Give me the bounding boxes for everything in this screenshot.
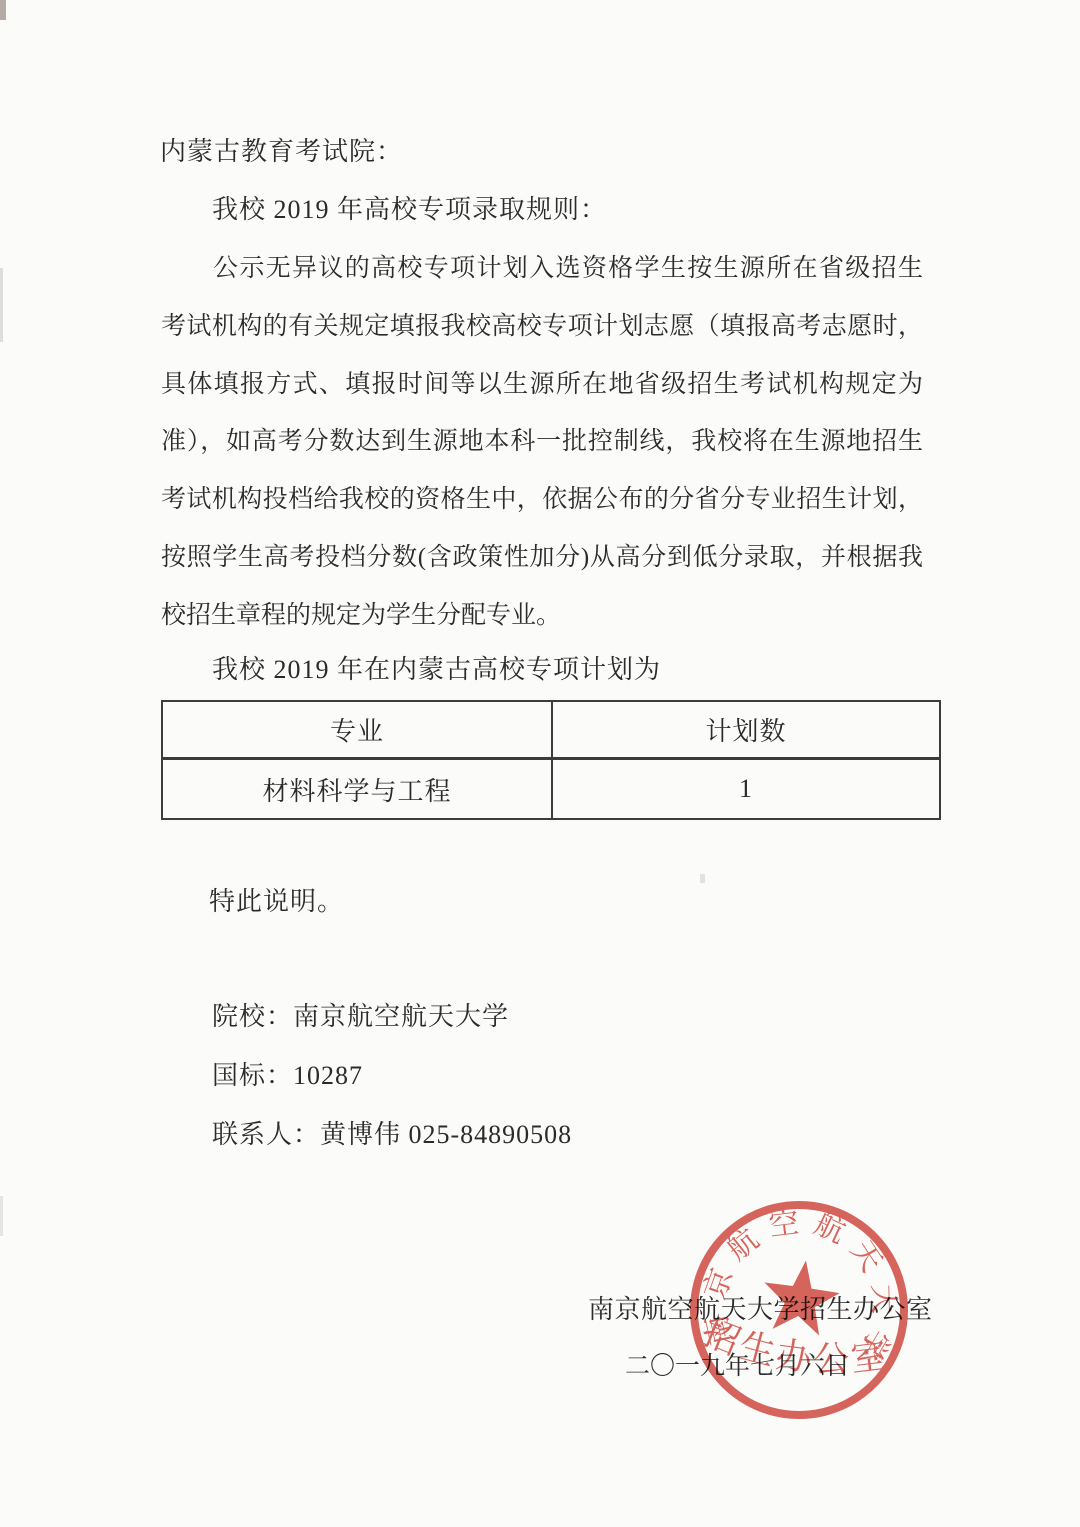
body-line: 准），如高考分数达到生源地本科一批控制线，我校将在生源地招生 [161,413,923,471]
table-header-row: 专业 计划数 [162,701,940,759]
closing-line: 特此说明。 [209,886,344,919]
contact-line: 联系人：黄博伟 025-84890508 [212,1105,812,1164]
body-line: 考试机构投档给我校的资格生中，依据公布的分省分专业招生计划， [161,471,923,529]
rule-intro-line: 我校 2019 年高校专项录取规则： [212,194,607,227]
star-icon [758,1255,843,1337]
cell-plan-count: 1 [552,759,940,820]
table-row: 材料科学与工程 1 [162,759,940,820]
school-line: 院校：南京航空航天大学 [212,987,812,1046]
scan-artifact [700,874,705,883]
official-seal-icon: 南京航空航天大学 招生办公室 [689,1200,909,1420]
document-page: 内蒙古教育考试院： 我校 2019 年高校专项录取规则： 公示无异议的高校专项计… [0,0,1080,1527]
column-header-major: 专业 [162,701,552,759]
body-line: 考试机构的有关规定填报我校高校专项计划志愿（填报高考志愿时， [161,298,923,356]
body-paragraph: 公示无异议的高校专项计划入选资格学生按生源所在省级招生 考试机构的有关规定填报我… [161,240,923,645]
column-header-plan-count: 计划数 [552,701,940,759]
scan-artifact [0,0,6,20]
info-block: 院校：南京航空航天大学 国标：10287 联系人：黄博伟 025-8489050… [212,987,812,1164]
cell-major: 材料科学与工程 [162,759,552,820]
body-line: 按照学生高考投档分数(含政策性加分)从高分到低分录取，并根据我 [161,529,923,587]
salutation: 内蒙古教育考试院： [160,136,403,169]
plan-intro-line: 我校 2019 年在内蒙古高校专项计划为 [212,654,661,687]
body-line: 公示无异议的高校专项计划入选资格学生按生源所在省级招生 [161,240,923,298]
scan-artifact [0,1196,3,1236]
plan-table: 专业 计划数 材料科学与工程 1 [161,700,941,820]
body-line: 具体填报方式、填报时间等以生源所在地省级招生考试机构规定为 [161,356,923,414]
school-code-line: 国标：10287 [212,1046,812,1105]
scan-artifact [0,268,3,342]
body-line: 校招生章程的规定为学生分配专业。 [161,587,923,645]
